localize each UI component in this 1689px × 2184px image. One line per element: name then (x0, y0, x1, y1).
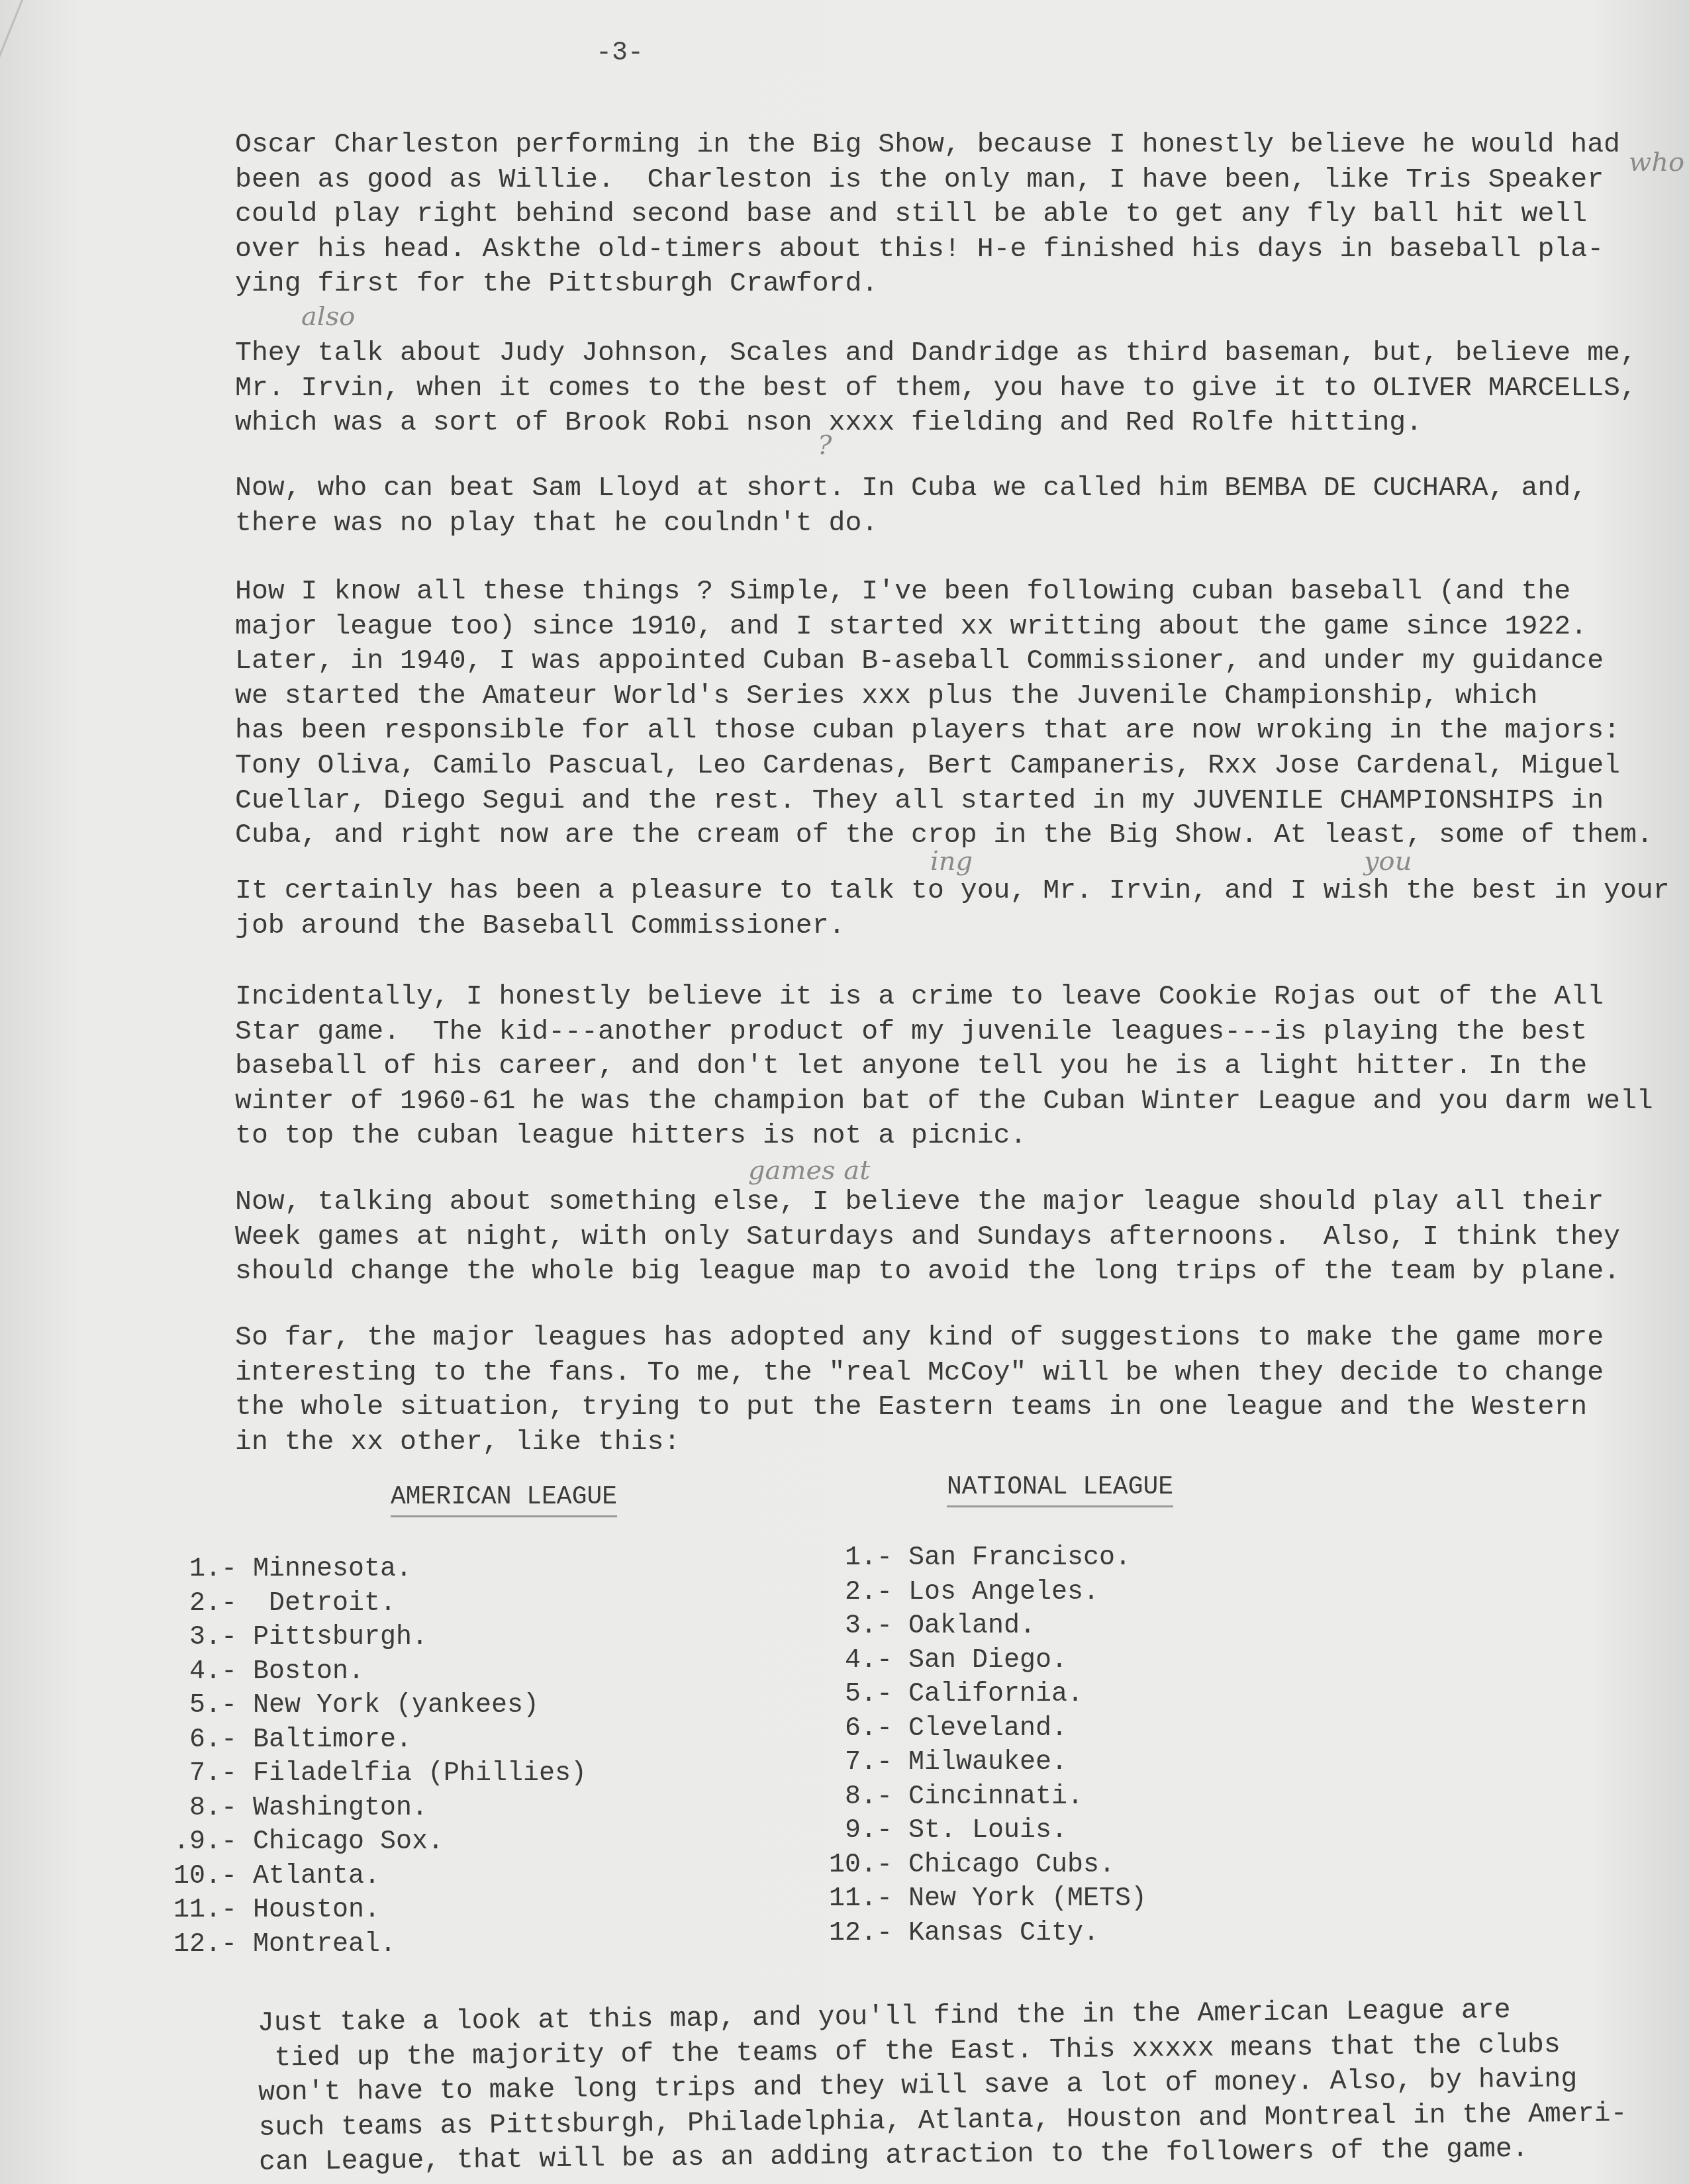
team-list-item: 4.- Boston. (152, 1655, 587, 1689)
text-line: They talk about Judy Johnson, Scales and… (235, 336, 1637, 371)
team-name: Chicago Sox. (237, 1827, 444, 1857)
team-rank: 7.- (808, 1746, 893, 1780)
team-list-item: 7.- Filadelfia (Phillies) (152, 1757, 587, 1791)
team-list-item: 6.- Baltimore. (152, 1723, 587, 1758)
page-number: -3- (596, 38, 644, 68)
team-list-item: 2.- Detroit. (152, 1587, 587, 1621)
team-rank: 3.- (152, 1621, 237, 1655)
paragraph-realignment: So far, the major leagues has adopted an… (235, 1321, 1604, 1460)
team-name: Chicago Cubs. (893, 1850, 1115, 1880)
team-list-item: 4.- San Diego. (808, 1644, 1147, 1678)
team-name: Oakland. (893, 1611, 1036, 1641)
paragraph-pleasure: It certainly has been a pleasure to talk… (235, 874, 1670, 943)
team-name: Detroit. (237, 1589, 396, 1619)
team-name: Los Angeles. (893, 1578, 1099, 1607)
text-line: Now, who can beat Sam Lloyd at short. In… (235, 471, 1587, 506)
text-line: Incidentally, I honestly believe it is a… (235, 980, 1653, 1015)
text-line: could play right behind second base and … (235, 197, 1620, 232)
team-rank: 2.- (152, 1587, 237, 1621)
team-name: Minnesota. (237, 1554, 412, 1584)
team-rank: 2.- (808, 1576, 893, 1610)
text-line: the whole situation, trying to put the E… (235, 1390, 1604, 1425)
team-list-item: 12.- Montreal. (152, 1928, 587, 1962)
handwritten-note: you (1364, 846, 1412, 877)
team-list-item: 6.- Cleveland. (808, 1712, 1147, 1746)
team-rank: 8.- (152, 1791, 237, 1826)
handwritten-note: ing (930, 846, 973, 877)
team-list-item: 10.- Chicago Cubs. (808, 1848, 1147, 1883)
team-rank: 5.- (808, 1678, 893, 1712)
text-line: Mr. Irvin, when it comes to the best of … (235, 371, 1637, 406)
text-line: there was no play that he coulndn't do. (235, 506, 1587, 542)
team-rank: 10.- (808, 1848, 893, 1883)
team-rank: 12.- (152, 1928, 237, 1962)
team-list-item: 10.- Atlanta. (152, 1860, 587, 1894)
text-line: should change the whole big league map t… (235, 1255, 1620, 1290)
team-name: Cincinnati. (893, 1782, 1083, 1812)
team-name: Cleveland. (893, 1714, 1067, 1744)
team-list-item: 7.- Milwaukee. (808, 1746, 1147, 1780)
team-name: Milwaukee. (893, 1748, 1067, 1778)
team-name: Kansas City. (893, 1919, 1099, 1948)
team-name: Atlanta. (237, 1862, 380, 1891)
team-rank: 3.- (808, 1609, 893, 1644)
text-line: It certainly has been a pleasure to talk… (235, 874, 1670, 909)
team-rank: .9.- (152, 1825, 237, 1860)
national-league-title: NATIONAL LEAGUE (947, 1473, 1173, 1507)
team-name: San Diego. (893, 1646, 1067, 1676)
team-rank: 9.- (808, 1814, 893, 1848)
team-list-item: 11.- New York (METS) (808, 1882, 1147, 1917)
team-name: Boston. (237, 1657, 364, 1687)
team-name: New York (yankees) (237, 1691, 539, 1721)
team-name: Pittsburgh. (237, 1623, 428, 1652)
paragraph-closing: Just take a look at this map, and you'll… (258, 1992, 1628, 2181)
team-list-item: 3.- Oakland. (808, 1609, 1147, 1644)
team-rank: 8.- (808, 1780, 893, 1815)
handwritten-note: who (1629, 147, 1684, 177)
team-rank: 6.- (152, 1723, 237, 1758)
paragraph-background: How I know all these things ? Simple, I'… (235, 575, 1653, 853)
text-line: interesting to the fans. To me, the "rea… (235, 1356, 1604, 1391)
text-line: baseball of his career, and don't let an… (235, 1049, 1653, 1084)
team-rank: 1.- (152, 1552, 237, 1587)
paragraph-charleston: Oscar Charleston performing in the Big S… (235, 128, 1620, 302)
team-list-item: 1.- Minnesota. (152, 1552, 587, 1587)
text-line: over his head. Askthe old-timers about t… (235, 232, 1620, 267)
paragraph-cookie-rojas: Incidentally, I honestly believe it is a… (235, 980, 1653, 1154)
team-rank: 4.- (152, 1655, 237, 1689)
text-line: been as good as Willie. Charleston is th… (235, 163, 1620, 198)
team-rank: 11.- (808, 1882, 893, 1917)
document-page: -3- Oscar Charleston performing in the B… (0, 0, 1689, 2184)
american-league-title: AMERICAN LEAGUE (391, 1483, 617, 1517)
team-name: St. Louis. (893, 1816, 1067, 1846)
team-list-item: 5.- California. (808, 1678, 1147, 1712)
text-line: Cuellar, Diego Segui and the rest. They … (235, 784, 1653, 819)
handwritten-note: ? (818, 430, 832, 461)
text-line: we started the Amateur World's Series xx… (235, 679, 1653, 714)
team-name: Baltimore. (237, 1725, 412, 1755)
text-line: major league too) since 1910, and I star… (235, 610, 1653, 645)
team-name: Washington. (237, 1793, 428, 1823)
text-line: Star game. The kid---another product of … (235, 1015, 1653, 1050)
text-line: which was a sort of Brook Robi nson xxxx… (235, 406, 1637, 441)
team-name: Filadelfia (Phillies) (237, 1759, 587, 1789)
national-league-team-list: 1.- San Francisco.2.- Los Angeles.3.- Oa… (808, 1541, 1147, 1950)
team-rank: 12.- (808, 1917, 893, 1951)
team-list-item: 1.- San Francisco. (808, 1541, 1147, 1576)
paragraph-third-baseman: They talk about Judy Johnson, Scales and… (235, 336, 1637, 441)
american-league-team-list: 1.- Minnesota.2.- Detroit.3.- Pittsburgh… (152, 1552, 587, 1962)
paragraph-night-games: Now, talking about something else, I bel… (235, 1185, 1620, 1290)
text-line: Tony Oliva, Camilo Pascual, Leo Cardenas… (235, 749, 1653, 784)
text-line: ying first for the Pittsburgh Crawford. (235, 267, 1620, 302)
handwritten-note: games at (748, 1155, 870, 1186)
team-name: Houston. (237, 1895, 380, 1925)
handwritten-note: also (301, 301, 355, 332)
team-rank: 1.- (808, 1541, 893, 1576)
text-line: Later, in 1940, I was appointed Cuban B-… (235, 644, 1653, 679)
text-line: How I know all these things ? Simple, I'… (235, 575, 1653, 610)
team-list-item: 5.- New York (yankees) (152, 1689, 587, 1723)
text-line: So far, the major leagues has adopted an… (235, 1321, 1604, 1356)
team-rank: 6.- (808, 1712, 893, 1746)
team-name: San Francisco. (893, 1543, 1131, 1573)
team-list-item: 8.- Cincinnati. (808, 1780, 1147, 1815)
team-rank: 11.- (152, 1893, 237, 1928)
text-line: Week games at night, with only Saturdays… (235, 1220, 1620, 1255)
team-list-item: 12.- Kansas City. (808, 1917, 1147, 1951)
team-rank: 10.- (152, 1860, 237, 1894)
team-list-item: .9.- Chicago Sox. (152, 1825, 587, 1860)
team-list-item: 3.- Pittsburgh. (152, 1621, 587, 1655)
team-name: California. (893, 1680, 1083, 1709)
team-list-item: 11.- Houston. (152, 1893, 587, 1928)
text-line: Now, talking about something else, I bel… (235, 1185, 1620, 1220)
text-line: has been responsible for all those cuban… (235, 714, 1653, 749)
text-line: to top the cuban league hitters is not a… (235, 1119, 1653, 1154)
team-list-item: 9.- St. Louis. (808, 1814, 1147, 1848)
text-line: winter of 1960-61 he was the champion ba… (235, 1084, 1653, 1119)
team-rank: 5.- (152, 1689, 237, 1723)
team-rank: 4.- (808, 1644, 893, 1678)
team-name: Montreal. (237, 1930, 396, 1960)
text-line: in the xx other, like this: (235, 1425, 1604, 1460)
team-rank: 7.- (152, 1757, 237, 1791)
team-name: New York (METS) (893, 1884, 1147, 1914)
text-line: Oscar Charleston performing in the Big S… (235, 128, 1620, 163)
text-line: job around the Baseball Commissioner. (235, 909, 1670, 944)
page-fold-crease (0, 0, 28, 147)
team-list-item: 2.- Los Angeles. (808, 1576, 1147, 1610)
paragraph-sam-lloyd: Now, who can beat Sam Lloyd at short. In… (235, 471, 1587, 541)
team-list-item: 8.- Washington. (152, 1791, 587, 1826)
